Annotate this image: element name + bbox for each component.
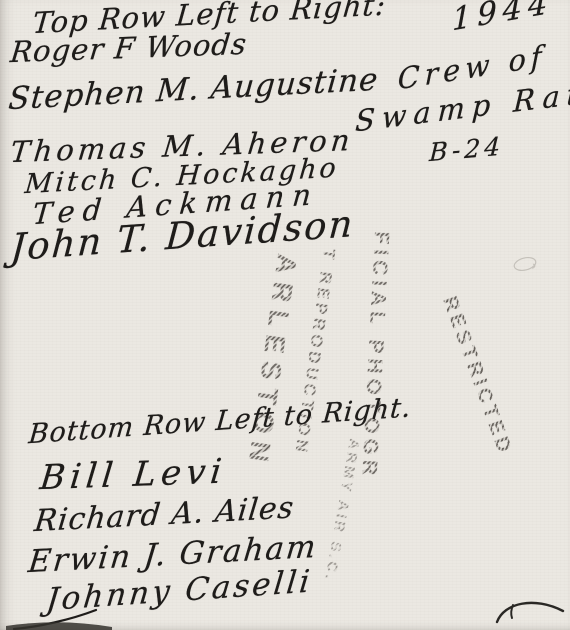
crew-note-line: B-24 [429, 133, 505, 165]
scanned-photo-back: Top Row Left to Right: 1944 Roger F Wood… [0, 0, 570, 630]
crew-note-line: Swamp Rat [354, 79, 570, 137]
handwritten-name: Roger F Woods [9, 30, 249, 67]
restricted-stamp: RESTRICTED [439, 294, 515, 459]
official-stamp-line: ARLESTON [243, 252, 301, 471]
handwritten-name: Bill Levi [38, 455, 228, 496]
pencil-oval-mark [513, 256, 537, 273]
handwritten-name: Stephen M. Augustine [7, 65, 379, 116]
official-stamp-line: ARMY AIR S.C. [322, 437, 362, 583]
corner-pen-mark [497, 603, 563, 622]
handwritten-name: Richard A. Ailes [33, 493, 296, 537]
year-note: 1944 [452, 0, 553, 36]
official-stamp-line: FICIAL PHOTOGR [358, 231, 392, 481]
